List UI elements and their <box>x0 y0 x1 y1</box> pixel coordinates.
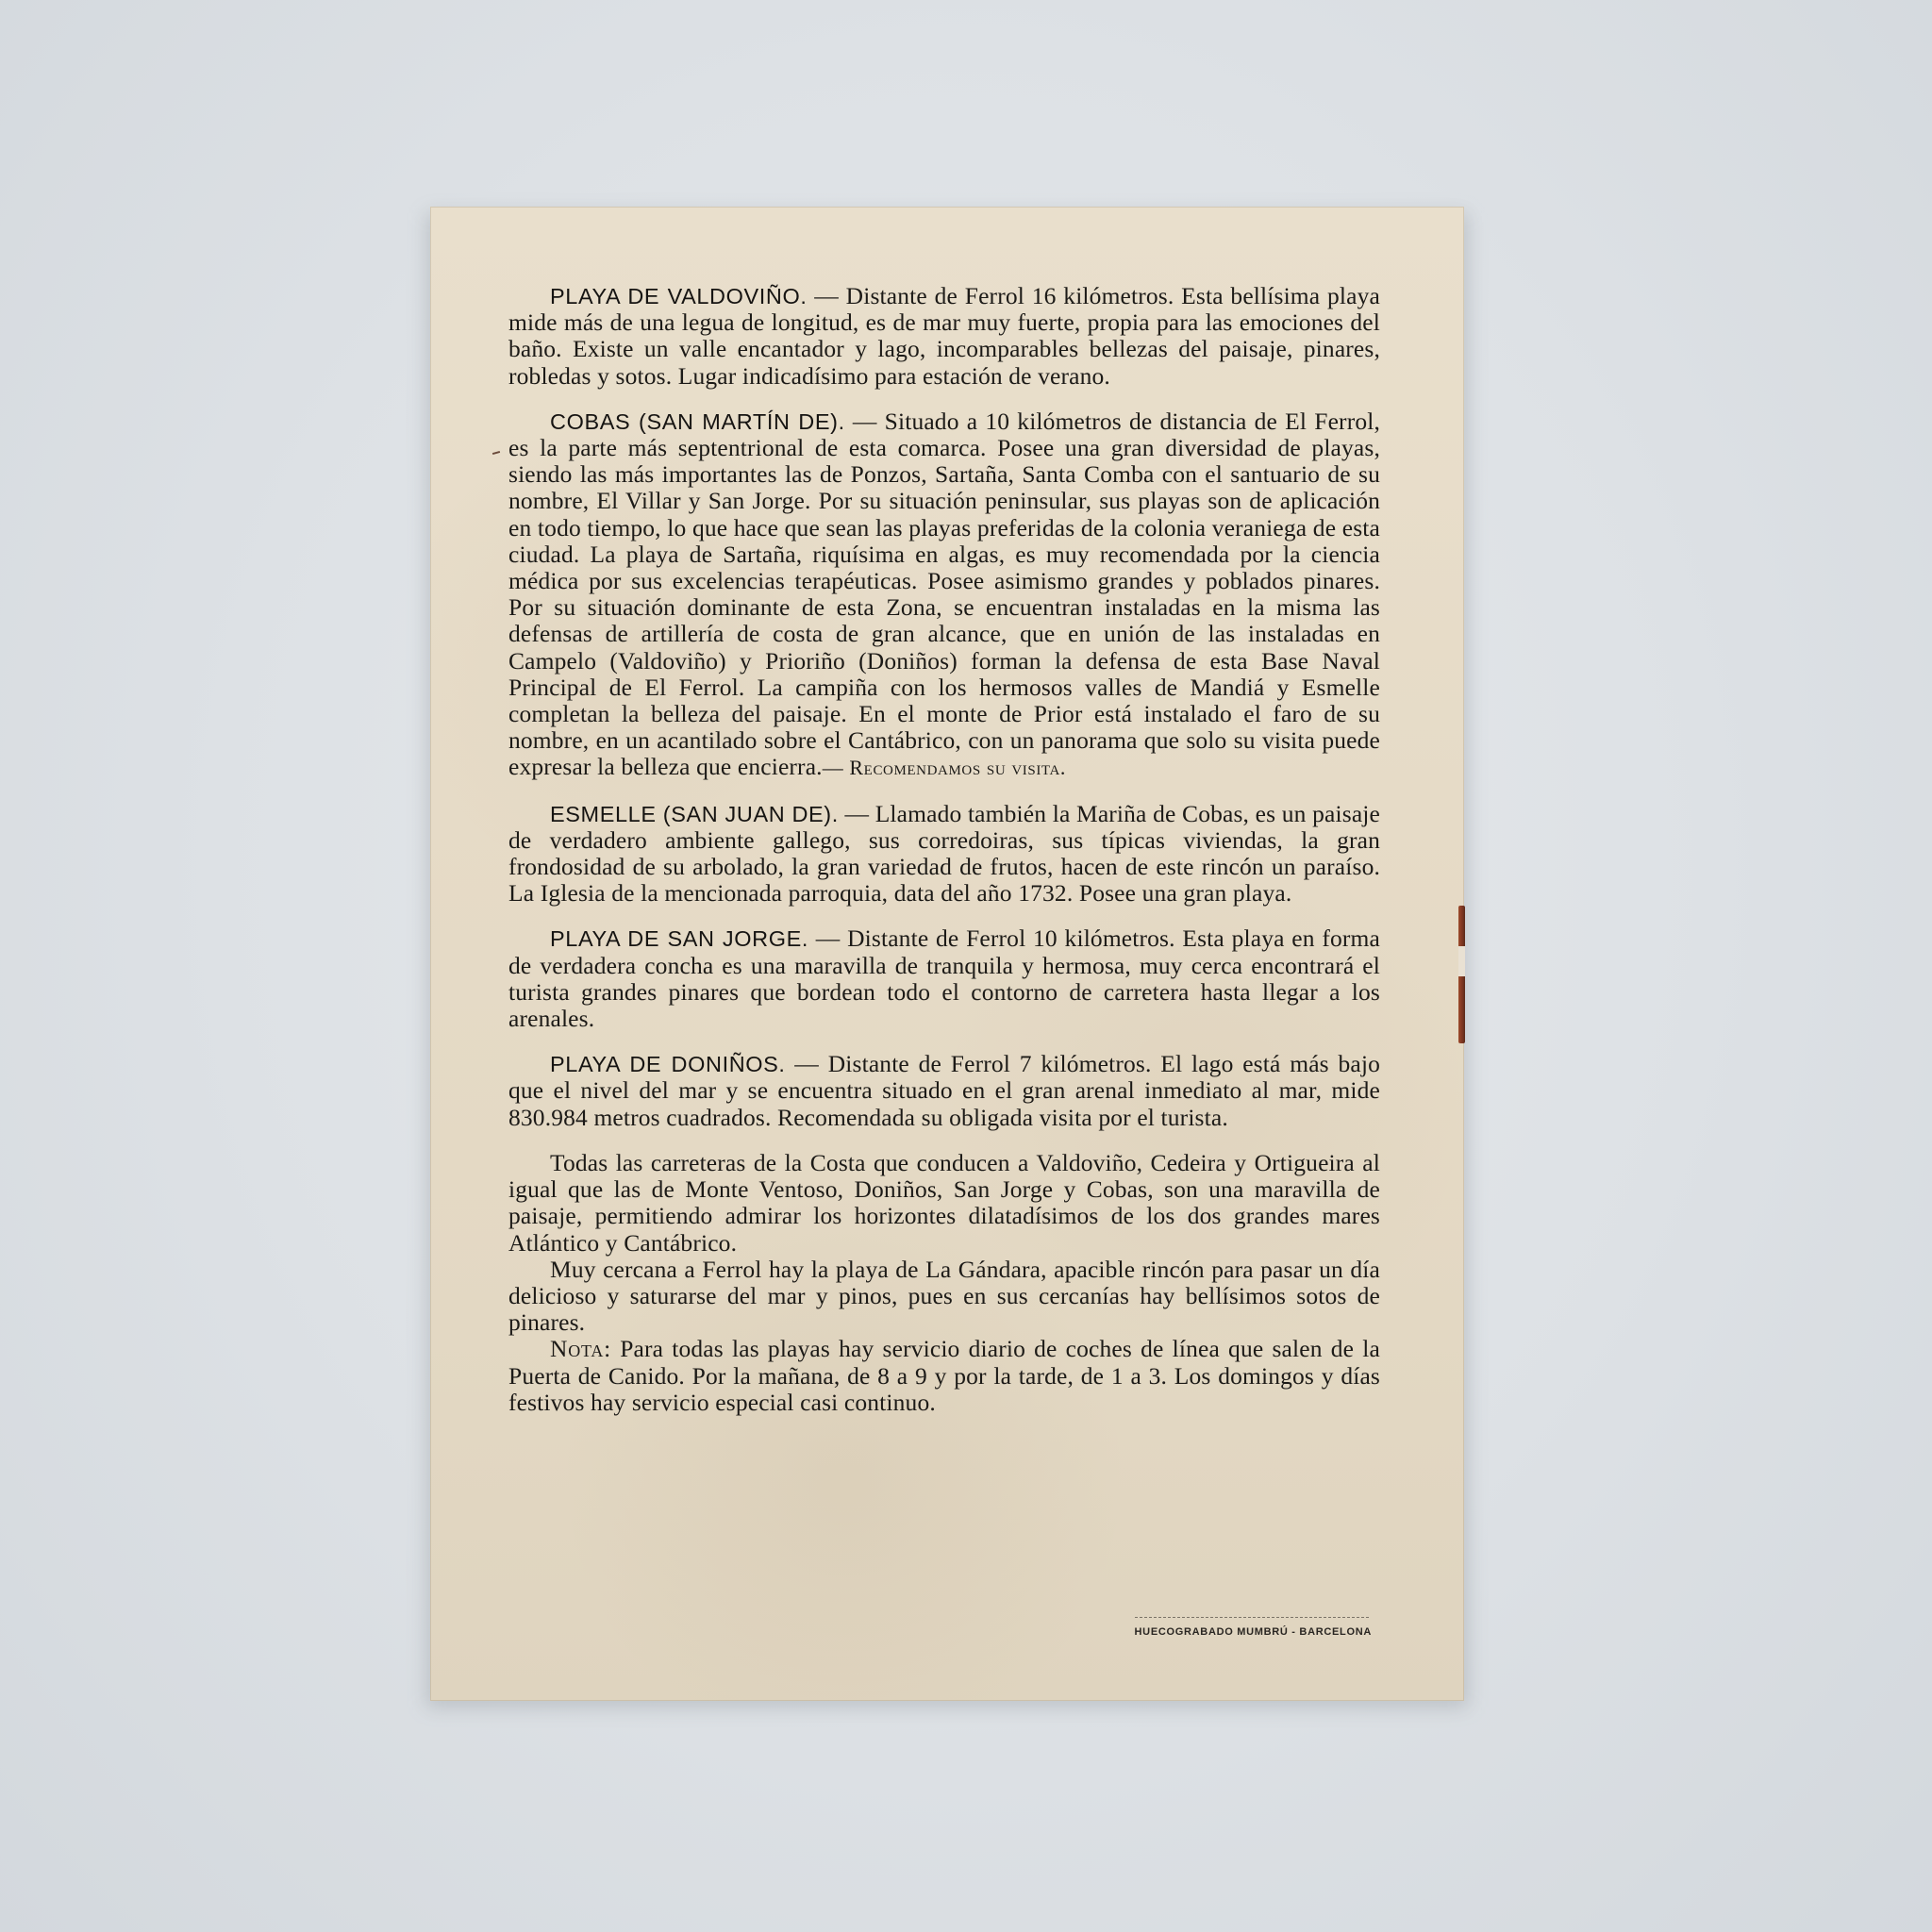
section-heading: PLAYA DE VALDOVIÑO. <box>550 284 807 308</box>
section-heading: PLAYA DE DONIÑOS. <box>550 1052 786 1076</box>
page-text: PLAYA DE VALDOVIÑO. — Distante de Ferrol… <box>508 283 1380 1416</box>
heading-dash: — <box>808 924 847 952</box>
paragraph-esmelle: ESMELLE (SAN JUAN DE). — Llamado también… <box>508 801 1380 908</box>
section-heading: ESMELLE (SAN JUAN DE). <box>550 802 839 826</box>
printer-imprint: HUECOGRABADO MUMBRÚ - BARCELONA <box>1134 1626 1372 1638</box>
paragraph-la-gandara: Muy cercana a Ferrol hay la playa de La … <box>508 1257 1380 1337</box>
section-heading: PLAYA DE SAN JORGE. <box>550 926 808 951</box>
heading-dash: — <box>807 282 845 309</box>
section-heading: COBAS (SAN MARTÍN DE). <box>550 409 845 434</box>
heading-dash: — <box>839 800 875 827</box>
paragraph-san-jorge: PLAYA DE SAN JORGE. — Distante de Ferrol… <box>508 925 1380 1032</box>
paragraph-carreteras: Todas las carreteras de la Costa que con… <box>508 1150 1380 1257</box>
section-closing: — Recomendamos su visita. <box>823 756 1066 779</box>
section-body: Situado a 10 kilómetros de distancia de … <box>508 408 1380 781</box>
paragraph-doninos: PLAYA DE DONIÑOS. — Distante de Ferrol 7… <box>508 1051 1380 1131</box>
paragraph-cobas: COBAS (SAN MARTÍN DE). — Situado a 10 ki… <box>508 408 1380 782</box>
nota-label: Nota: <box>550 1335 611 1362</box>
heading-dash: — <box>786 1050 828 1077</box>
heading-dash: — <box>845 408 885 435</box>
paragraph-valdovino: PLAYA DE VALDOVIÑO. — Distante de Ferrol… <box>508 283 1380 390</box>
paragraph-nota: Nota: Para todas las playas hay servicio… <box>508 1336 1380 1416</box>
nota-body: Para todas las playas hay servicio diari… <box>508 1335 1380 1415</box>
binding-tear-gap <box>1458 946 1465 976</box>
imprint-rule <box>1135 1617 1369 1618</box>
